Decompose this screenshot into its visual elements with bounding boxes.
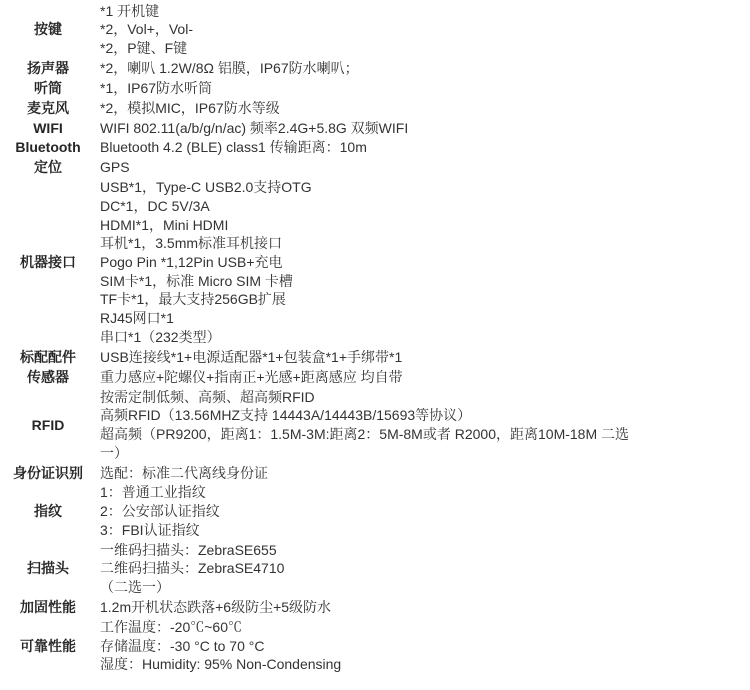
spec-row-label: 传感器 (0, 368, 96, 387)
spec-row-label: 定位 (0, 158, 96, 177)
spec-value-line: *1 开机键 (100, 2, 750, 21)
spec-value-line: 一维码扫描头：ZebraSE655 (100, 541, 750, 560)
spec-value-line: SIM卡*1，标准 Micro SIM 卡槽 (100, 272, 750, 291)
spec-row-value: 工作温度：-20℃~60℃存储温度：-30 °C to 70 °C湿度：Humi… (96, 618, 750, 674)
spec-row-label: WIFI (0, 119, 96, 138)
spec-value-line: 耳机*1，3.5mm标准耳机接口 (100, 234, 750, 253)
spec-value-line: 选配：标准二代离线身份证 (100, 464, 750, 483)
spec-row-label: 麦克风 (0, 99, 96, 118)
spec-value-line: *2，Vol+，Vol- (100, 20, 750, 39)
spec-row-label: Bluetooth (0, 138, 96, 157)
spec-row: RFID 按需定制低频、高频、超高频RFID高频RFID（13.56MHZ支持 … (0, 387, 750, 463)
spec-value-line: *2，喇叭 1.2W/8Ω 铝膜，IP67防水喇叭； (100, 59, 750, 78)
spec-value-line: USB连接线*1+电源适配器*1+包装盒*1+手绑带*1 (100, 348, 750, 367)
spec-row: 定位 GPS (0, 158, 750, 178)
spec-row-value: *2，喇叭 1.2W/8Ω 铝膜，IP67防水喇叭； (96, 59, 750, 78)
spec-row: 身份证识别 选配：标准二代离线身份证 (0, 463, 750, 483)
spec-row-label: 指纹 (0, 502, 96, 521)
spec-row-value: *1 开机键*2，Vol+，Vol-*2，P键、F键 (96, 2, 750, 58)
spec-value-line: GPS (100, 158, 750, 177)
spec-value-line: USB*1，Type-C USB2.0支持OTG (100, 178, 750, 197)
spec-row: 指纹 1：普通工业指纹2：公安部认证指纹3：FBI认证指纹 (0, 483, 750, 540)
spec-table: 按键 *1 开机键*2，Vol+，Vol-*2，P键、F键 扬声器 *2，喇叭 … (0, 0, 750, 675)
spec-value-line: 按需定制低频、高频、超高频RFID (100, 388, 750, 407)
spec-value-line: 工作温度：-20℃~60℃ (100, 618, 750, 637)
spec-value-line: RJ45网口*1 (100, 309, 750, 328)
spec-row-label: 标配配件 (0, 348, 96, 367)
spec-row-value: USB*1，Type-C USB2.0支持OTGDC*1，DC 5V/3AHDM… (96, 178, 750, 346)
spec-value-line: 串口*1（232类型） (100, 328, 750, 347)
spec-row: 麦克风 *2，模拟MIC，IP67防水等级 (0, 98, 750, 118)
spec-value-line: 重力感应+陀螺仪+指南正+光感+距离感应 均自带 (100, 368, 750, 387)
spec-value-line: Bluetooth 4.2 (BLE) class1 传输距离：10m (100, 138, 750, 157)
spec-row: 加固性能 1.2m开机状态跌落+6级防尘+5级防水 (0, 597, 750, 617)
spec-row-value: GPS (96, 158, 750, 177)
spec-row: 可靠性能 工作温度：-20℃~60℃存储温度：-30 °C to 70 °C湿度… (0, 617, 750, 674)
spec-value-line: WIFI 802.11(a/b/g/n/ac) 频率2.4G+5.8G 双频WI… (100, 119, 750, 138)
spec-row-label: 扬声器 (0, 59, 96, 78)
spec-row-label: 加固性能 (0, 598, 96, 617)
spec-row: 扫描头 一维码扫描头：ZebraSE655二维码扫描头：ZebraSE4710（… (0, 540, 750, 597)
spec-row: 按键 *1 开机键*2，Vol+，Vol-*2，P键、F键 (0, 1, 750, 58)
spec-value-line: HDMI*1，Mini HDMI (100, 216, 750, 235)
spec-value-line: 3：FBI认证指纹 (100, 521, 750, 540)
spec-value-line: （二选一） (100, 578, 750, 597)
spec-row: 听筒 *1，IP67防水听筒 (0, 78, 750, 98)
spec-value-line: 二维码扫描头：ZebraSE4710 (100, 559, 750, 578)
spec-row: 标配配件 USB连接线*1+电源适配器*1+包装盒*1+手绑带*1 (0, 347, 750, 367)
spec-row-label: 按键 (0, 20, 96, 39)
spec-value-line: DC*1，DC 5V/3A (100, 197, 750, 216)
spec-row-value: WIFI 802.11(a/b/g/n/ac) 频率2.4G+5.8G 双频WI… (96, 119, 750, 138)
spec-row-value: 1.2m开机状态跌落+6级防尘+5级防水 (96, 598, 750, 617)
spec-row: 扬声器 *2，喇叭 1.2W/8Ω 铝膜，IP67防水喇叭； (0, 58, 750, 78)
spec-row-value: 一维码扫描头：ZebraSE655二维码扫描头：ZebraSE4710（二选一） (96, 541, 750, 597)
spec-row-value: USB连接线*1+电源适配器*1+包装盒*1+手绑带*1 (96, 348, 750, 367)
spec-row-label: 扫描头 (0, 559, 96, 578)
spec-row: 传感器 重力感应+陀螺仪+指南正+光感+距离感应 均自带 (0, 367, 750, 387)
spec-row-label: RFID (0, 416, 96, 435)
spec-value-line: 超高频（PR9200，距离1：1.5M-3M:距离2：5M-8M或者 R2000… (100, 425, 750, 444)
spec-row-label: 可靠性能 (0, 637, 96, 656)
spec-value-line: Pogo Pin *1,12Pin USB+充电 (100, 253, 750, 272)
spec-value-line: TF卡*1，最大支持256GB扩展 (100, 290, 750, 309)
spec-row: Bluetooth Bluetooth 4.2 (BLE) class1 传输距… (0, 138, 750, 158)
spec-value-line: 存储温度：-30 °C to 70 °C (100, 637, 750, 656)
spec-row-label: 身份证识别 (0, 464, 96, 483)
spec-value-line: 高频RFID（13.56MHZ支持 14443A/14443B/15693等协议… (100, 406, 750, 425)
spec-value-line: 湿度：Humidity: 95% Non-Condensing (100, 655, 750, 674)
spec-row: 机器接口 USB*1，Type-C USB2.0支持OTGDC*1，DC 5V/… (0, 178, 750, 348)
spec-row-value: 重力感应+陀螺仪+指南正+光感+距离感应 均自带 (96, 368, 750, 387)
spec-row-label: 听筒 (0, 79, 96, 98)
spec-value-line: *1，IP67防水听筒 (100, 79, 750, 98)
spec-value-line: *2，P键、F键 (100, 39, 750, 58)
spec-row-value: Bluetooth 4.2 (BLE) class1 传输距离：10m (96, 138, 750, 157)
spec-value-line: 1.2m开机状态跌落+6级防尘+5级防水 (100, 598, 750, 617)
spec-row-value: 1：普通工业指纹2：公安部认证指纹3：FBI认证指纹 (96, 483, 750, 539)
spec-row-value: 选配：标准二代离线身份证 (96, 464, 750, 483)
spec-row: WIFI WIFI 802.11(a/b/g/n/ac) 频率2.4G+5.8G… (0, 118, 750, 138)
spec-row-value: *1，IP67防水听筒 (96, 79, 750, 98)
spec-value-line: *2，模拟MIC，IP67防水等级 (100, 99, 750, 118)
spec-value-line: 一） (100, 444, 750, 463)
spec-value-line: 2：公安部认证指纹 (100, 502, 750, 521)
spec-row-value: 按需定制低频、高频、超高频RFID高频RFID（13.56MHZ支持 14443… (96, 388, 750, 463)
spec-row-label: 机器接口 (0, 253, 96, 272)
spec-value-line: 1：普通工业指纹 (100, 483, 750, 502)
spec-row-value: *2，模拟MIC，IP67防水等级 (96, 99, 750, 118)
